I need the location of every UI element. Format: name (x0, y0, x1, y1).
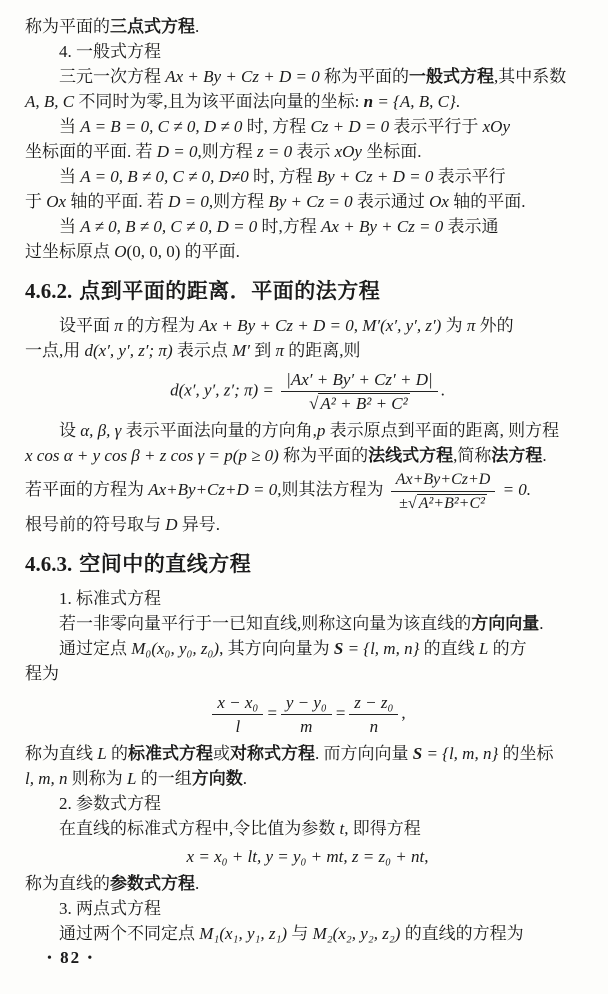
fraction: y − y₀m (281, 692, 332, 737)
bullet-ornament: • (47, 951, 54, 966)
text-run: 与 (287, 924, 313, 943)
fraction-numerator: z − z₀ (349, 692, 398, 715)
section-heading-463: 4.6.3.空间中的直线方程 (25, 549, 590, 579)
text-line: 在直线的标准式方程中,令比值为参数 t, 即得方程 (25, 816, 590, 841)
text-run: 的直线 (419, 639, 479, 658)
text-run: 表示平面法向量的方向角, (121, 421, 317, 440)
math-run: O (114, 242, 126, 261)
text-line: 根号前的符号取与 D 异号. (25, 512, 590, 537)
text-run: 坐标面的平面. 若 (25, 142, 157, 161)
text-line: 设 α, β, γ 表示平面法向量的方向角,p 表示原点到平面的距离, 则方程 (25, 418, 590, 443)
text-run: 称为平面的 (320, 67, 409, 86)
text-run: , (354, 316, 363, 335)
text-run: 当 (59, 167, 80, 186)
fraction-numerator: x − x₀ (212, 692, 263, 715)
text-run: 则称为 (68, 769, 128, 788)
text-run: 或 (213, 744, 230, 763)
text-run: 的 (107, 744, 128, 763)
text-line: 过坐标原点 O(0, 0, 0) 的平面. (25, 239, 590, 264)
text-line: 当 A = B = 0, C ≠ 0, D ≠ 0 时, 方程 Cz + D =… (25, 114, 590, 139)
text-line: 通过定点 M₀(x₀, y₀, z₀), 其方向向量为 S = {l, m, n… (25, 636, 590, 661)
text-line: 设平面 π 的方程为 Ax + By + Cz + D = 0, M′(x′, … (25, 313, 590, 338)
math-run: D = 0 (157, 142, 198, 161)
text-run: 称为直线 (25, 744, 97, 763)
formula-parametric-line: x = x₀ + lt, y = y₀ + mt, z = z₀ + nt, (25, 847, 590, 867)
math-run: A = B = 0, C ≠ 0, D ≠ 0 (80, 117, 242, 136)
math-run: x cos α + y cos β + z cos γ = p(p ≥ 0) (25, 446, 279, 465)
text-run: 一点,用 (25, 341, 85, 360)
text-run: 表示平行于 (389, 117, 483, 136)
vector-symbol: n (364, 92, 373, 111)
text-line: 若平面的方程为 Ax+By+Cz+D = 0,则其法方程为 Ax+By+Cz+D… (25, 468, 590, 512)
text-run: , (401, 703, 405, 722)
text-run: ,其中系数 (494, 67, 566, 86)
math-run: = {A, B, C} (373, 92, 456, 111)
text-run: 通过定点 (59, 639, 131, 658)
text-line: 称为直线的参数式方程. (25, 871, 590, 896)
text-line: 当 A = 0, B ≠ 0, C ≠ 0, D≠0 时, 方程 By + Cz… (25, 164, 590, 189)
bullet-ornament: • (87, 951, 94, 966)
text-line: 三元一次方程 Ax + By + Cz + D = 0 称为平面的一般式方程,其… (25, 64, 590, 89)
text-run: 称为平面的 (25, 17, 110, 36)
math-run: α, β, γ (80, 421, 121, 440)
math-run: By + Cz + D = 0 (317, 167, 434, 186)
text-run: 时, 方程 (249, 167, 317, 186)
math-run: Ox (46, 192, 66, 211)
math-run: Cz + D = 0 (310, 117, 389, 136)
equals-sign: = (266, 703, 277, 722)
text-run: ,则其法方程为 (277, 480, 388, 499)
text-line: 坐标面的平面. 若 D = 0,则方程 z = 0 表示 xOy 坐标面. (25, 139, 590, 164)
text-line: A, B, C 不同时为零,且为该平面法向量的坐标: n = {A, B, C}… (25, 89, 590, 114)
bold-term: 三点式方程 (110, 17, 195, 36)
text-run: 的坐标 (498, 744, 553, 763)
math-run: xOy (483, 117, 510, 136)
book-page: 称为平面的三点式方程. 4. 一般式方程 三元一次方程 Ax + By + Cz… (0, 0, 608, 994)
radicand: A² + B² + C² (318, 393, 409, 413)
math-run: z = 0 (257, 142, 292, 161)
text-run: 异号. (178, 515, 221, 534)
text-line: 当 A ≠ 0, B ≠ 0, C ≠ 0, D = 0 时,方程 Ax + B… (25, 214, 590, 239)
text-run: 3. 两点式方程 (59, 899, 161, 918)
math-run: M₀(x₀, y₀, z₀) (131, 639, 219, 658)
math-run: D = 0 (168, 192, 209, 211)
text-run: ,则方程 (198, 142, 258, 161)
radical-sign: √ (309, 394, 318, 413)
fraction-denominator: l (212, 715, 263, 737)
math-run: = {l, m, n} (422, 744, 498, 763)
bold-term: 法线式方程 (368, 446, 453, 465)
text-run: 不同时为零,且为该平面法向量的坐标: (74, 92, 363, 111)
text-line: 通过两个不同定点 M₁(x₁, y₁, z₁) 与 M₂(x₂, y₂, z₂)… (25, 921, 590, 946)
math-run: x = x₀ + lt, y = y₀ + mt, z = z₀ + nt (187, 847, 425, 866)
bold-term: 方向数 (192, 769, 243, 788)
math-run: d(x′, y′, z′; π) = (170, 380, 278, 399)
math-run: M₂(x₂, y₂, z₂) (313, 924, 401, 943)
text-line: 一点,用 d(x′, y′, z′; π) 表示点 M′ 到 π 的距离,则 (25, 338, 590, 363)
text-run: 当 (59, 217, 80, 236)
text-run: 于 (25, 192, 46, 211)
bold-term: 参数式方程 (110, 874, 195, 893)
math-run: Ax + By + Cz + D = 0 (199, 316, 353, 335)
page-number: • 82 • (47, 948, 94, 968)
vector-symbol: S (413, 744, 422, 763)
text-run: . (243, 769, 247, 788)
math-run: d(x′, y′, z′; π) (85, 341, 173, 360)
plus-minus-sign: ± (399, 495, 408, 512)
text-run: 表示原点到平面的距离, 则方程 (325, 421, 559, 440)
text-run: 1. 标准式方程 (59, 589, 161, 608)
text-run: 外的 (475, 316, 513, 335)
math-run: M′ (232, 341, 250, 360)
fraction-denominator: n (349, 715, 398, 737)
text-run: 的直线的方程为 (400, 924, 523, 943)
text-run: , 其方向向量为 (219, 639, 334, 658)
text-run: 设 (59, 421, 80, 440)
text-run: 三元一次方程 (59, 67, 165, 86)
fraction-denominator: √A² + B² + C² (281, 392, 438, 414)
text-run: 时, 方程 (242, 117, 310, 136)
text-run: 2. 参数式方程 (59, 794, 161, 813)
text-run: . (195, 17, 199, 36)
text-run: 为 (441, 316, 467, 335)
text-run: 表示 (292, 142, 335, 161)
text-run: 过坐标原点 (25, 242, 114, 261)
text-run: (0, 0, 0) 的平面. (127, 242, 240, 261)
text-line: 称为直线 L 的标准式方程或对称式方程. 而方向向量 S = {l, m, n}… (25, 741, 590, 766)
section-title: 空间中的直线方程 (79, 552, 251, 576)
text-run: 轴的平面. (449, 192, 526, 211)
text-line: x cos α + y cos β + z cos γ = p(p ≥ 0) 称… (25, 443, 590, 468)
text-run: . (542, 446, 546, 465)
bold-term: 对称式方程 (230, 744, 315, 763)
section-title: 点到平面的距离．平面的法方程 (79, 279, 380, 303)
section-number: 4.6.2. (25, 279, 72, 303)
math-run: Ax + By + Cz + D = 0 (165, 67, 319, 86)
item-heading: 4. 一般式方程 (25, 39, 590, 64)
text-run: 的方 (488, 639, 526, 658)
text-run: 设平面 (59, 316, 114, 335)
item-heading: 3. 两点式方程 (25, 896, 590, 921)
text-run: 通过两个不同定点 (59, 924, 199, 943)
text-line: 于 Ox 轴的平面. 若 D = 0,则方程 By + Cz = 0 表示通过 … (25, 189, 590, 214)
text-run: 4. 一般式方程 (59, 42, 161, 61)
text-run: 表示平行 (433, 167, 505, 186)
page-number-value: 82 (60, 948, 81, 967)
text-run: 到 (250, 341, 276, 360)
text-run: 若平面的方程为 (25, 480, 148, 499)
fraction: |Ax′ + By′ + Cz′ + D|√A² + B² + C² (281, 369, 438, 414)
math-run: M₁(x₁, y₁, z₁) (199, 924, 287, 943)
math-run: l, m, n (25, 769, 68, 788)
text-run: 若一非零向量平行于一已知直线,则称这向量为该直线的 (59, 614, 471, 633)
math-run: L (97, 744, 106, 763)
text-line: l, m, n 则称为 L 的一组方向数. (25, 766, 590, 791)
text-run: 时,方程 (257, 217, 321, 236)
fraction-denominator: m (281, 715, 332, 737)
bold-term: 方向向量 (471, 614, 539, 633)
text-run: 表示通 (443, 217, 498, 236)
section-number: 4.6.3. (25, 552, 72, 576)
radical-sign: √ (408, 495, 417, 512)
math-run: Ax + By + Cz = 0 (321, 217, 443, 236)
item-heading: 2. 参数式方程 (25, 791, 590, 816)
math-run: L (479, 639, 488, 658)
text-run: 称为平面的 (279, 446, 368, 465)
math-run: A ≠ 0, B ≠ 0, C ≠ 0, D = 0 (80, 217, 257, 236)
page-body: 称为平面的三点式方程. 4. 一般式方程 三元一次方程 Ax + By + Cz… (0, 0, 608, 946)
fraction: x − x₀l (212, 692, 263, 737)
bold-term: 标准式方程 (128, 744, 213, 763)
text-run: 在直线的标准式方程中,令比值为参数 (59, 819, 340, 838)
item-heading: 1. 标准式方程 (25, 586, 590, 611)
text-run: 表示点 (173, 341, 233, 360)
math-run: π (276, 341, 285, 360)
equals-sign: = (335, 703, 346, 722)
fraction: z − z₀n (349, 692, 398, 737)
text-run: . 而方向向量 (315, 744, 413, 763)
text-run: . (456, 92, 460, 111)
text-run: , (424, 847, 428, 866)
math-run: = 0. (498, 480, 531, 499)
text-run: 的方程为 (123, 316, 200, 335)
formula-point-plane-distance: d(x′, y′, z′; π) = |Ax′ + By′ + Cz′ + D|… (25, 369, 590, 414)
fraction: Ax+By+Cz+D±√A²+B²+C² (391, 469, 496, 514)
text-run: , 即得方程 (344, 819, 421, 838)
formula-symmetric-line: x − x₀l=y − y₀m=z − z₀n, (25, 692, 590, 737)
text-run: 称为直线的 (25, 874, 110, 893)
math-run: Ox (429, 192, 449, 211)
math-run: D (165, 515, 177, 534)
fraction-denominator: ±√A²+B²+C² (391, 492, 496, 514)
text-run: . (441, 380, 445, 399)
bold-term: 法方程 (491, 446, 542, 465)
fraction-numerator: |Ax′ + By′ + Cz′ + D| (281, 369, 438, 392)
radicand: A²+B²+C² (417, 494, 487, 512)
math-run: Ax+By+Cz+D = 0 (148, 480, 277, 499)
fraction-numerator: y − y₀ (281, 692, 332, 715)
text-run: . (539, 614, 543, 633)
text-run: 轴的平面. 若 (66, 192, 168, 211)
text-run: 根号前的符号取与 (25, 515, 165, 534)
text-run: 当 (59, 117, 80, 136)
text-run: 表示通过 (353, 192, 430, 211)
text-run: ,简称 (453, 446, 491, 465)
math-run: A, B, C (25, 92, 74, 111)
section-heading-462: 4.6.2.点到平面的距离．平面的法方程 (25, 276, 590, 306)
text-run: 程为 (25, 664, 59, 683)
math-run: M′(x′, y′, z′) (362, 316, 441, 335)
text-run: 的距离,则 (284, 341, 361, 360)
math-run: = {l, m, n} (343, 639, 419, 658)
text-line: 程为 (25, 661, 590, 686)
text-line: 若一非零向量平行于一已知直线,则称这向量为该直线的方向向量. (25, 611, 590, 636)
bold-term: 一般式方程 (409, 67, 494, 86)
math-run: By + Cz = 0 (268, 192, 352, 211)
text-run: ,则方程 (209, 192, 269, 211)
fraction-numerator: Ax+By+Cz+D (391, 469, 496, 492)
text-run: . (195, 874, 199, 893)
text-run: 的一组 (136, 769, 191, 788)
math-run: π (114, 316, 123, 335)
text-run: 坐标面. (362, 142, 422, 161)
math-run: A = 0, B ≠ 0, C ≠ 0, D≠0 (80, 167, 249, 186)
text-line: 称为平面的三点式方程. (25, 14, 590, 39)
vector-symbol: S (334, 639, 343, 658)
math-run: xOy (335, 142, 362, 161)
